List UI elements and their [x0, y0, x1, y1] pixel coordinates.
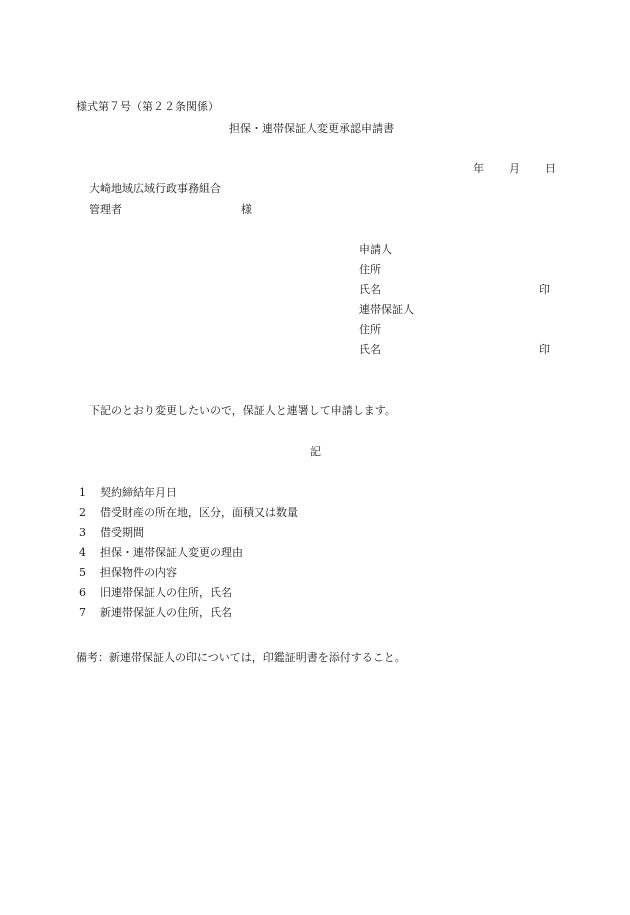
list-item: 1 契約締結年月日: [76, 487, 476, 501]
item-number: 5: [79, 567, 86, 578]
recipient-title: 管理者: [89, 204, 122, 215]
guarantor-name-label: 氏名: [359, 344, 381, 355]
item-text: 借受期間: [100, 527, 144, 538]
item-number: 3: [79, 527, 86, 538]
item-text: 新連帯保証人の住所，氏名: [100, 607, 232, 618]
item-text: 借受財産の所在地，区分，面積又は数量: [100, 507, 298, 518]
list-item: 2 借受財産の所在地，区分，面積又は数量: [76, 507, 476, 521]
applicant-heading: 申請人: [359, 244, 392, 255]
intro-text: 下記のとおり変更したいので，保証人と連署して申請します。: [89, 405, 396, 416]
list-item: 7 新連帯保証人の住所，氏名: [76, 607, 476, 621]
applicant-address-label: 住所: [359, 264, 381, 275]
list-item: 5 担保物件の内容: [76, 567, 476, 581]
applicant-heading-row: 申請人: [359, 244, 559, 258]
date-month-label: 月: [509, 163, 520, 174]
document-title: 担保・連帯保証人変更承認申請書: [229, 123, 394, 134]
item-number: 1: [79, 487, 86, 498]
applicant-address-row: 住所: [359, 264, 559, 278]
guarantor-name-row: 氏名 印: [359, 344, 559, 358]
guarantor-address-label: 住所: [359, 324, 381, 335]
guarantor-address-row: 住所: [359, 324, 559, 338]
ki-heading: 記: [310, 446, 321, 457]
item-number: 6: [79, 587, 86, 598]
form-number: 様式第７号（第２２条関係）: [76, 101, 219, 112]
item-number: 7: [79, 607, 86, 618]
recipient-organization: 大崎地域広域行政事務組合: [89, 183, 221, 194]
list-item: 3 借受期間: [76, 527, 476, 541]
item-text: 担保物件の内容: [100, 567, 177, 578]
item-text: 契約締結年月日: [100, 487, 177, 498]
item-number: 2: [79, 507, 86, 518]
applicant-seal-mark: 印: [539, 284, 550, 295]
item-text: 旧連帯保証人の住所，氏名: [100, 587, 232, 598]
guarantor-heading: 連帯保証人: [359, 304, 414, 315]
applicant-name-row: 氏名 印: [359, 284, 559, 298]
date-day-label: 日: [545, 163, 556, 174]
guarantor-heading-row: 連帯保証人: [359, 304, 559, 318]
remarks-note: 備考：新連帯保証人の印については，印鑑証明書を添付すること。: [76, 652, 406, 663]
item-text: 担保・連帯保証人変更の理由: [100, 547, 243, 558]
applicant-name-label: 氏名: [359, 284, 381, 295]
list-item: 6 旧連帯保証人の住所，氏名: [76, 587, 476, 601]
date-year-label: 年: [473, 163, 484, 174]
recipient-honorific: 様: [241, 204, 252, 215]
guarantor-seal-mark: 印: [539, 344, 550, 355]
list-item: 4 担保・連帯保証人変更の理由: [76, 547, 476, 561]
item-number: 4: [79, 547, 86, 558]
